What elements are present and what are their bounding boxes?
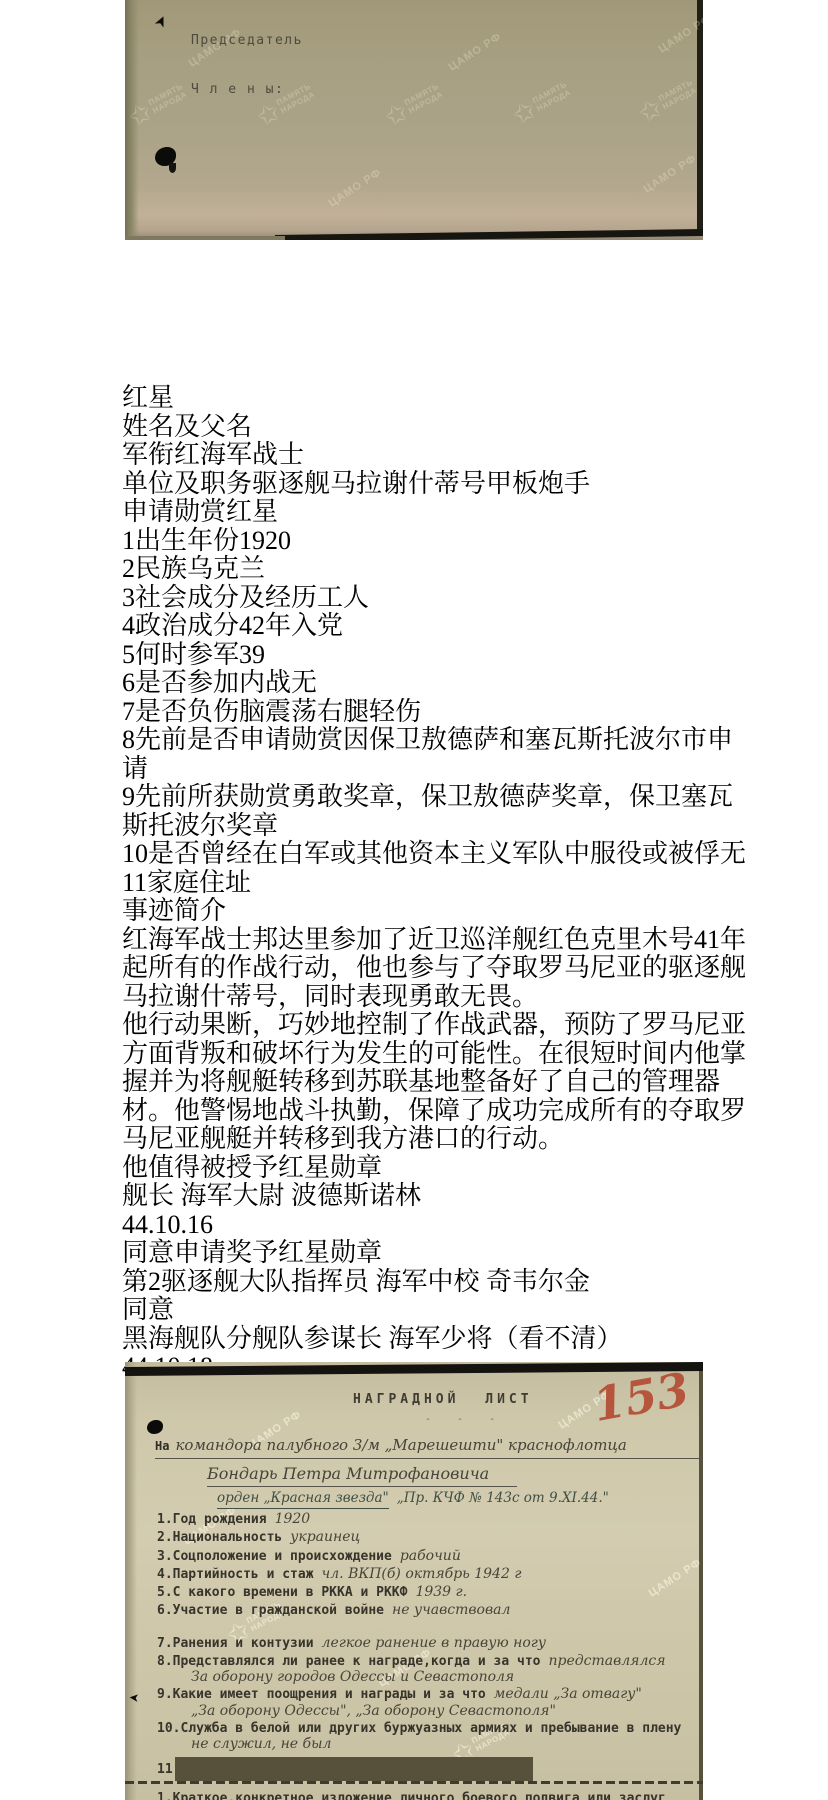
field-answer-handwritten: 1939 г. — [415, 1584, 467, 1600]
field-label: 10.Служба в белой или других буржуазных … — [157, 1721, 681, 1736]
article-line: 2民族乌克兰 — [122, 555, 706, 584]
dashed-separator — [125, 1781, 703, 1784]
article-line: 姓名及父名 — [122, 413, 706, 442]
doc-field-row: 10.Служба в белой или других буржуазных … — [157, 1719, 703, 1752]
article-text: 红星姓名及父名军衔红海军战士单位及职务驱逐舰马拉谢什蒂号甲板炮手申请勋赏红星1出… — [122, 384, 706, 1382]
article-line: 红星 — [122, 384, 706, 413]
field-label: 1.Год рождения — [157, 1512, 267, 1527]
bottom-document-left-edge — [125, 1362, 137, 1800]
article-line: 5何时参军39 — [122, 641, 706, 670]
header-line-1: Накомандора палубного 3/м „Марешешти" кр… — [155, 1436, 703, 1459]
header-line-3: орден „Красная звезда"„Пр. КЧФ № 143с от… — [217, 1490, 609, 1506]
article-line: 10是否曾经在白军或其他资本主义军队中服役或被俘无 — [122, 840, 706, 869]
field-label: 8.Представлялся ли ранее к награде,когда… — [157, 1654, 541, 1669]
field-answer-handwritten: чл. ВКП(б) октябрь 1942 г — [322, 1566, 522, 1582]
article-line: 起所有的作战行动，他也参与了夺取罗马尼亚的驱逐舰 — [122, 954, 706, 983]
top-document-bottom-edge — [125, 236, 285, 240]
redacted-address-bar — [175, 1757, 533, 1781]
field-answer-handwritten: легкое ранение в правую ногу — [322, 1635, 546, 1651]
field-label: 6.Участие в гражданской войне — [157, 1603, 384, 1618]
doc-field-row: 9.Какие имеет поощрения и награды и за ч… — [157, 1685, 703, 1718]
article-line: 4政治成分42年入党 — [122, 612, 706, 641]
article-line: 6是否参加内战无 — [122, 669, 706, 698]
ink-blot-tail — [169, 163, 176, 173]
article-line: 舰长 海军大尉 波德斯诺林 — [122, 1182, 706, 1211]
header-line-1-typed: На — [155, 1439, 169, 1453]
ink-mark-icon: ➤ — [128, 1692, 139, 1705]
article-line: 44.10.16 — [122, 1211, 706, 1240]
title-underline-dashes: - - - — [425, 1414, 505, 1425]
article-line: 马尼亚舰艇并转移到我方港口的行动。 — [122, 1125, 706, 1154]
combat-feat-section-label: 1.Краткое,конкретное изложение личного б… — [157, 1791, 666, 1800]
field-label: 2.Национальность — [157, 1530, 282, 1545]
order-decree-ref: „Пр. КЧФ № 143с от 9.XI.44." — [397, 1490, 609, 1506]
field-answer-handwritten: рабочий — [400, 1548, 461, 1564]
typed-members-label: Ч л е н ы: — [191, 82, 284, 97]
field-answer-handwritten: медали „За отвагу" — [494, 1686, 642, 1702]
top-document-left-edge — [125, 0, 139, 240]
article-line: 请 — [122, 755, 706, 784]
field-label: 7.Ранения и контузии — [157, 1636, 314, 1651]
field-answer-handwritten: украинец — [290, 1529, 360, 1545]
top-document-right-edge — [697, 0, 703, 233]
doc-field-row: 1.Год рождения1920 — [157, 1510, 703, 1528]
award-sheet-title: НАГРАДНОЙ ЛИСТ — [353, 1392, 533, 1407]
header-line-2: Бондарь Петра Митрофановича — [207, 1464, 517, 1487]
doc-field-row: 8.Представлялся ли ранее к награде,когда… — [157, 1652, 703, 1685]
article-line: 事迹简介 — [122, 897, 706, 926]
article-line: 红海军战士邦达里参加了近卫巡洋舰红色克里木号41年 — [122, 926, 706, 955]
article-line: 他行动果断，巧妙地控制了作战武器，预防了罗马尼亚 — [122, 1011, 706, 1040]
doc-fields: 1.Год рождения19202.Национальностьукраин… — [157, 1510, 703, 1778]
bottom-document-image[interactable]: ✩ПАМЯТЬНАРОДА✩ПАМЯТЬНАРОДАЦАМО РФЦАМО РФ… — [125, 1362, 703, 1800]
order-name-underlined: орден „Красная звезда" — [217, 1490, 389, 1509]
article-line: 同意 — [122, 1296, 706, 1325]
article-line: 第2驱逐舰大队指挥员 海军中校 奇韦尔金 — [122, 1268, 706, 1297]
article-line: 他值得被授予红星勋章 — [122, 1154, 706, 1183]
article-line: 单位及职务驱逐舰马拉谢什蒂号甲板炮手 — [122, 470, 706, 499]
field-answer-handwritten: „За оборону Одессы", „За оборону Севасто… — [191, 1704, 703, 1719]
article-line: 材。他警惕地战斗执勤，保障了成功完成所有的夺取罗 — [122, 1097, 706, 1126]
field-answer-handwritten: 1920 — [275, 1511, 311, 1527]
field-answer-handwritten: не служил, не был — [191, 1737, 703, 1752]
doc-field-row: 7.Ранения и контузиилегкое ранение в пра… — [157, 1634, 703, 1652]
article-line: 黑海舰队分舰队参谋长 海军少将（看不清） — [122, 1325, 706, 1354]
doc-field-row: 4.Партийность и стажчл. ВКП(б) октябрь 1… — [157, 1565, 703, 1583]
article-line: 7是否负伤脑震荡右腿轻伤 — [122, 698, 706, 727]
article-line: 方面背叛和破坏行为发生的可能性。在很短时间内他掌 — [122, 1040, 706, 1069]
field-answer-handwritten: не учавствовал — [392, 1602, 510, 1618]
article-line: 同意申请奖予红星勋章 — [122, 1239, 706, 1268]
typed-chairman-label: Председатель — [191, 33, 303, 48]
article-line: 申请勋赏红星 — [122, 498, 706, 527]
article-line: 9先前所获勋赏勇敢奖章，保卫敖德萨奖章，保卫塞瓦 — [122, 783, 706, 812]
field-label: 5.С какого времени в РККА и РККФ — [157, 1585, 407, 1600]
doc-field-row: 6.Участие в гражданской войнене учавство… — [157, 1601, 703, 1619]
header-line-1-hand: командора палубного 3/м „Марешешти" крас… — [175, 1436, 626, 1454]
article-line: 8先前是否申请勋赏因保卫敖德萨和塞瓦斯托波尔市申 — [122, 726, 706, 755]
page: ✩ПАМЯТЬНАРОДА✩ПАМЯТЬНАРОДА✩ПАМЯТЬНАРОДА✩… — [0, 0, 828, 1800]
field-answer-handwritten: представлялся — [549, 1653, 666, 1669]
article-line: 马拉谢什蒂号，同时表现勇敢无畏。 — [122, 983, 706, 1012]
article-line: 握并为将舰艇转移到苏联基地整备好了自己的管理器 — [122, 1068, 706, 1097]
field-label: 4.Партийность и стаж — [157, 1567, 314, 1582]
doc-field-row: 2.Национальностьукраинец — [157, 1528, 703, 1546]
article-line: 3社会成分及经历工人 — [122, 584, 706, 613]
article-line: 军衔红海军战士 — [122, 441, 706, 470]
doc-field-row: 5.С какого времени в РККА и РККФ1939 г. — [157, 1583, 703, 1601]
top-document-image[interactable]: ✩ПАМЯТЬНАРОДА✩ПАМЯТЬНАРОДА✩ПАМЯТЬНАРОДА✩… — [125, 0, 703, 240]
field-answer-handwritten: За оборону городов Одессы и Севастополя — [191, 1670, 703, 1685]
article-line: 11家庭住址 — [122, 869, 706, 898]
article-line: 斯托波尔奖章 — [122, 812, 706, 841]
field-label: 9.Какие имеет поощрения и награды и за ч… — [157, 1687, 486, 1702]
doc-field-row: 3.Соцположение и происхождениерабочий — [157, 1547, 703, 1565]
article-line: 1出生年份1920 — [122, 527, 706, 556]
field-label: 3.Соцположение и происхождение — [157, 1549, 392, 1564]
